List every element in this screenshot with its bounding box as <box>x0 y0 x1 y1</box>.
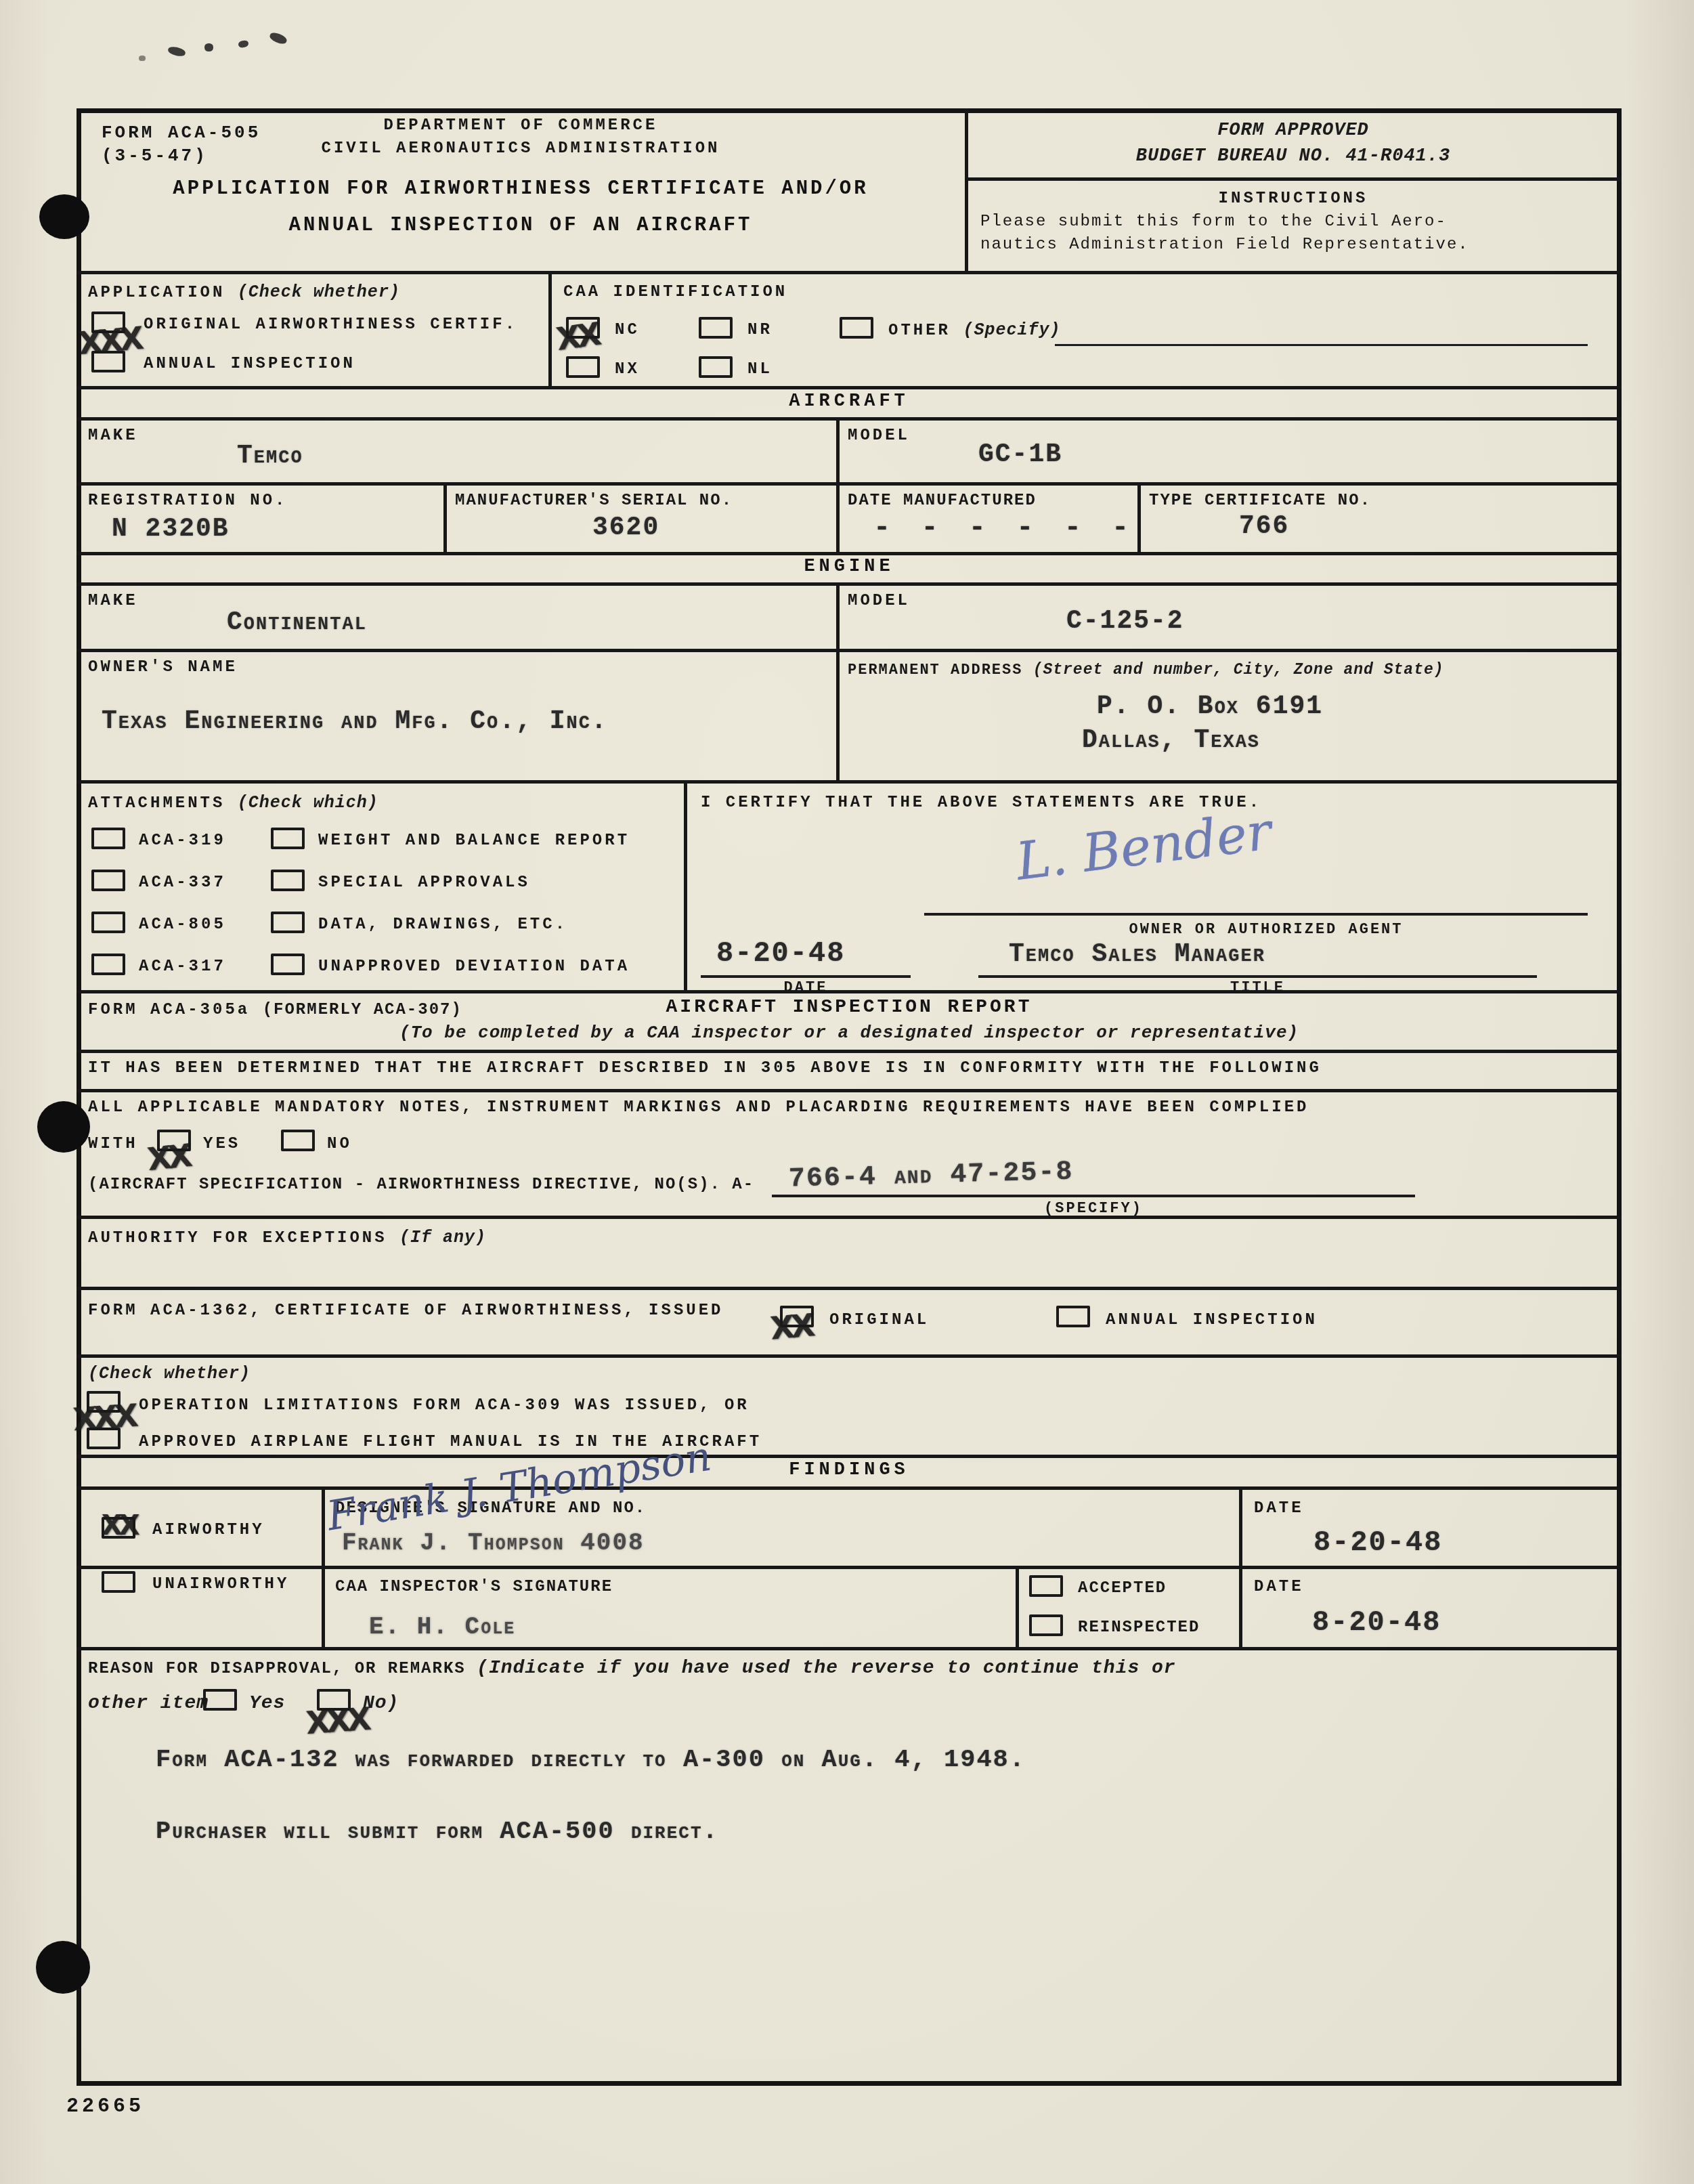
data-drawings-label: DATA, DRAWINGS, ETC. <box>318 916 567 935</box>
annual-inspection-label: ANNUAL INSPECTION <box>144 355 355 374</box>
designee-date-value: 8-20-48 <box>1313 1526 1442 1559</box>
other-label: OTHER (Specify) <box>888 321 1060 341</box>
operation-limitations-label: OPERATION LIMITATIONS FORM ACA-309 WAS I… <box>139 1396 750 1415</box>
rule <box>77 482 1622 486</box>
authority-label: AUTHORITY FOR EXCEPTIONS (If any) <box>88 1228 486 1248</box>
application-label-text: APPLICATION <box>88 284 225 302</box>
punch-hole <box>36 1941 90 1994</box>
engine-model-label: MODEL <box>848 592 910 611</box>
specify-caption: (SPECIFY) <box>772 1200 1415 1217</box>
rule <box>548 271 552 386</box>
reinspected-checkbox[interactable] <box>1029 1614 1063 1636</box>
serial-label: MANUFACTURER'S SERIAL NO. <box>455 492 733 511</box>
determined-line: IT HAS BEEN DETERMINED THAT THE AIRCRAFT… <box>88 1059 1322 1078</box>
issued-original-label: ORIGINAL <box>829 1311 929 1330</box>
rule <box>77 582 1622 586</box>
remarks-note-line2: other item <box>88 1693 209 1714</box>
owner-name-label: OWNER'S NAME <box>88 658 238 677</box>
designee-typed-name: Frank J. Thompson 4008 <box>342 1529 645 1557</box>
original-airworthiness-label: ORIGINAL AIRWORTHINESS CERTIF. <box>144 316 517 335</box>
rule <box>322 1486 325 1647</box>
rule <box>77 1354 1622 1358</box>
remarks-line1: Form ACA-132 was forwarded directly to A… <box>156 1746 1026 1774</box>
instructions-line1: Please submit this form to the Civil Aer… <box>980 213 1447 232</box>
remarks-label-text: REASON FOR DISAPPROVAL, OR REMARKS <box>88 1660 466 1678</box>
registration-value: N 2320B <box>112 515 230 544</box>
nl-checkbox[interactable] <box>699 356 733 378</box>
complied-no-label: NO <box>327 1135 352 1154</box>
aircraft-make-label: MAKE <box>88 427 138 446</box>
aca-319-checkbox[interactable] <box>91 828 125 849</box>
inspection-report-title: AIRCRAFT INSPECTION REPORT <box>77 997 1622 1018</box>
caa-identification-label: CAA IDENTIFICATION <box>563 283 787 302</box>
designee-date-label: DATE <box>1254 1499 1304 1518</box>
aircraft-model-value: GC-1B <box>978 440 1062 469</box>
rule <box>836 582 840 780</box>
date-manufactured-value: - - - - - - <box>873 512 1135 544</box>
rule <box>77 1287 1622 1290</box>
type-certificate-label: TYPE CERTIFICATE NO. <box>1149 492 1371 511</box>
scanned-form-page: FORM ACA-505 (3-5-47) DEPARTMENT OF COMM… <box>0 0 1694 2184</box>
aca-337-label: ACA-337 <box>139 874 226 893</box>
unapproved-deviation-checkbox[interactable] <box>271 954 305 975</box>
engine-model-value: C-125-2 <box>1066 607 1184 636</box>
nx-label: NX <box>615 360 640 379</box>
with-label: WITH <box>88 1135 138 1154</box>
weight-balance-checkbox[interactable] <box>271 828 305 849</box>
date-caption: DATE <box>701 979 911 996</box>
complied-no-checkbox[interactable] <box>281 1130 315 1151</box>
weight-balance-label: WEIGHT AND BALANCE REPORT <box>318 832 630 851</box>
accepted-checkbox[interactable] <box>1029 1575 1063 1597</box>
check-mark: XXX <box>305 1700 369 1741</box>
nr-label: NR <box>747 321 773 340</box>
rule <box>77 780 1622 784</box>
owner-name-value: Texas Engineering and Mfg. Co., Inc. <box>102 707 608 736</box>
rule <box>77 1089 1622 1092</box>
aca-319-label: ACA-319 <box>139 832 226 851</box>
accepted-label: ACCEPTED <box>1078 1579 1167 1598</box>
pencil-smudge <box>204 43 213 51</box>
airworthy-label: AIRWORTHY <box>152 1521 265 1540</box>
rule <box>77 1566 1622 1569</box>
application-label: APPLICATION (Check whether) <box>88 283 400 303</box>
address-line2: Dallas, Texas <box>1082 726 1260 755</box>
unapproved-deviation-label: UNAPPROVED DEVIATION DATA <box>318 958 630 977</box>
issued-annual-checkbox[interactable] <box>1056 1306 1090 1327</box>
check-mark: XX <box>146 1137 190 1178</box>
reverse-no-label: No) <box>363 1693 399 1714</box>
data-drawings-checkbox[interactable] <box>271 912 305 933</box>
pencil-smudge <box>139 56 146 61</box>
inspector-date-value: 8-20-48 <box>1312 1606 1441 1639</box>
instructions-line2: nautics Administration Field Representat… <box>980 236 1469 255</box>
annual-inspection-checkbox[interactable] <box>91 351 125 372</box>
type-certificate-value: 766 <box>1239 512 1289 541</box>
reverse-yes-label: Yes <box>249 1693 285 1714</box>
issued-annual-label: ANNUAL INSPECTION <box>1106 1311 1318 1330</box>
address-line1: P. O. Box 6191 <box>1097 692 1323 721</box>
unairworthy-label: UNAIRWORTHY <box>152 1575 289 1594</box>
department-line2: CIVIL AERONAUTICS ADMINISTRATION <box>77 140 965 158</box>
nx-checkbox[interactable] <box>566 356 600 378</box>
rule <box>77 1050 1622 1053</box>
title-caption: TITLE <box>978 979 1537 996</box>
complied-line: ALL APPLICABLE MANDATORY NOTES, INSTRUME… <box>88 1098 1309 1117</box>
attachments-label-text: ATTACHMENTS <box>88 794 225 813</box>
rule <box>1239 1486 1242 1647</box>
reinspected-label: REINSPECTED <box>1078 1619 1200 1637</box>
pencil-smudge <box>167 45 186 58</box>
stock-number: 22665 <box>66 2095 144 2119</box>
nl-label: NL <box>747 360 773 379</box>
other-specify-note: (Specify) <box>963 320 1060 340</box>
remarks-label: REASON FOR DISAPPROVAL, OR REMARKS (Indi… <box>88 1658 1176 1679</box>
rule <box>77 1647 1622 1650</box>
punch-hole <box>39 194 89 239</box>
aca-337-checkbox[interactable] <box>91 870 125 891</box>
department-line1: DEPARTMENT OF COMMERCE <box>77 116 965 135</box>
punch-hole <box>37 1101 90 1153</box>
certification-date-value: 8-20-48 <box>716 937 845 970</box>
aca-805-label: ACA-805 <box>139 916 226 935</box>
reverse-yes-checkbox[interactable] <box>203 1689 237 1711</box>
flight-manual-checkbox[interactable] <box>87 1428 121 1449</box>
rule <box>443 482 447 552</box>
owner-signature-caption: OWNER OR AUTHORIZED AGENT <box>1056 921 1476 938</box>
rule <box>77 1486 1622 1490</box>
special-approvals-label: SPECIAL APPROVALS <box>318 874 530 893</box>
aca-317-label: ACA-317 <box>139 958 226 977</box>
rule <box>77 417 1622 421</box>
other-checkbox[interactable] <box>840 317 873 339</box>
rule <box>965 177 1622 181</box>
authority-note: (If any) <box>399 1228 486 1247</box>
permanent-address-label: PERMANENT ADDRESS (Street and number, Ci… <box>848 658 1606 682</box>
aircraft-section-title: AIRCRAFT <box>77 391 1622 412</box>
spec-line[interactable] <box>772 1195 1415 1197</box>
check-mark: XX <box>769 1306 813 1346</box>
inspector-signature-label: CAA INSPECTOR'S SIGNATURE <box>335 1578 613 1597</box>
title-line <box>978 975 1537 978</box>
form-approved-line2: BUDGET BUREAU NO. 41-R041.3 <box>968 146 1618 167</box>
address-note: (Street and number, City, Zone and State… <box>1033 661 1444 679</box>
check-mark: XX <box>102 1510 137 1541</box>
rule <box>77 552 1622 555</box>
date-manufactured-label: DATE MANUFACTURED <box>848 492 1037 511</box>
form-title-line1: APPLICATION FOR AIRWORTHINESS CERTIFICAT… <box>77 171 965 207</box>
aca-805-checkbox[interactable] <box>91 912 125 933</box>
engine-section-title: ENGINE <box>77 557 1622 577</box>
owner-signature-line <box>924 913 1588 916</box>
spec-label: (AIRCRAFT SPECIFICATION - AIRWORTHINESS … <box>88 1176 754 1195</box>
rule <box>77 386 1622 389</box>
check-whether-note: (Check whether) <box>88 1364 251 1384</box>
special-approvals-checkbox[interactable] <box>271 870 305 891</box>
nc-label: NC <box>615 321 640 340</box>
certification-title-value: Temco Sales Manager <box>1009 940 1265 969</box>
rule <box>77 649 1622 652</box>
rule <box>77 1455 1622 1458</box>
pencil-smudge <box>269 31 288 46</box>
unairworthy-checkbox[interactable] <box>102 1571 135 1593</box>
form-title-line2: ANNUAL INSPECTION OF AN AIRCRAFT <box>77 207 965 244</box>
aca-317-checkbox[interactable] <box>91 954 125 975</box>
other-specify-line[interactable] <box>1055 344 1588 346</box>
attachments-note: (Check which) <box>238 793 378 813</box>
inspector-date-label: DATE <box>1254 1578 1304 1597</box>
inspection-report-subtitle: (To be completed by a CAA inspector or a… <box>77 1023 1622 1043</box>
engine-make-label: MAKE <box>88 592 138 611</box>
rule <box>1016 1566 1019 1647</box>
inspector-name: E. H. Cole <box>369 1613 515 1641</box>
rule <box>836 417 840 552</box>
attachments-label: ATTACHMENTS (Check which) <box>88 794 378 813</box>
date-line <box>701 975 911 978</box>
rule <box>1137 482 1141 552</box>
nr-checkbox[interactable] <box>699 317 733 339</box>
application-note: (Check whether) <box>238 282 400 302</box>
registration-label: REGISTRATION NO. <box>88 492 287 511</box>
engine-make-value: Continental <box>227 608 367 637</box>
pencil-smudge <box>238 40 249 49</box>
instructions-title: INSTRUCTIONS <box>968 190 1618 209</box>
rule <box>684 780 687 990</box>
remarks-note-line1: (Indicate if you have used the reverse t… <box>477 1658 1176 1679</box>
rule <box>77 271 1622 274</box>
aircraft-make-value: Temco <box>237 442 303 471</box>
findings-section-title: FINDINGS <box>77 1460 1622 1480</box>
check-mark: XX <box>555 316 601 358</box>
serial-value: 3620 <box>592 513 659 542</box>
certify-statement: I CERTIFY THAT THE ABOVE STATEMENTS ARE … <box>701 794 1261 813</box>
complied-yes-label: YES <box>203 1135 240 1154</box>
aircraft-model-label: MODEL <box>848 427 910 446</box>
remarks-line2: Purchaser will submit form ACA-500 direc… <box>156 1818 719 1846</box>
other-label-text: OTHER <box>888 322 951 340</box>
form-approved-line1: FORM APPROVED <box>968 121 1618 141</box>
aca-1362-label: FORM ACA-1362, CERTIFICATE OF AIRWORTHIN… <box>88 1302 724 1321</box>
address-label-text: PERMANENT ADDRESS <box>848 662 1022 679</box>
authority-label-text: AUTHORITY FOR EXCEPTIONS <box>88 1229 387 1247</box>
